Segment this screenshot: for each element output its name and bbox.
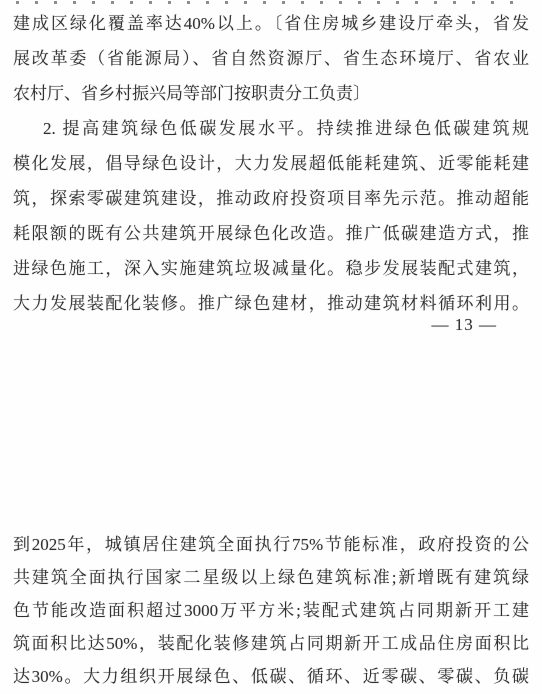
page-13-body: 建成区绿化覆盖率达40%以上。〔省住房城乡建设厅牵头，省发 展改革委（省能源局）… — [13, 6, 529, 321]
text-line: 耗限额的既有公共建筑开展绿色化改造。推广低碳建造方式，推 — [13, 216, 529, 251]
text-line: 建成区绿化覆盖率达40%以上。〔省住房城乡建设厅牵头，省发 — [13, 6, 529, 41]
text-line: 共建筑全面执行国家二星级以上绿色建筑标准;新增既有建筑绿 — [13, 561, 529, 594]
text-line: 进绿色施工，深入实施建筑垃圾减量化。稳步发展装配式建筑， — [13, 251, 529, 286]
text-line: 筑面积比达50%，装配化装修建筑占同期新开工成品住房面积比 — [13, 627, 529, 660]
paragraph-2-heading-line: 2. 提高建筑绿色低碳发展水平。持续推进绿色低碳建筑规 — [13, 111, 529, 146]
text-line: 达30%。大力组织开展绿色、低碳、循环、近零碳、零碳、负碳 — [13, 660, 529, 693]
clipped-text-remnant — [16, 1, 516, 4]
text-line: 模化发展，倡导绿色设计，大力发展超低能耗建筑、近零能耗建 — [13, 146, 529, 181]
bracket-annotation-text: 〔省住房城乡建设厅牵头，省发 — [274, 14, 529, 33]
body-text: 建成区绿化覆盖率达40%以上。 — [13, 14, 274, 33]
text-line: 到2025年，城镇居住建筑全面执行75%节能标准，政府投资的公 — [13, 528, 529, 561]
page-number: — 13 — — [432, 312, 498, 338]
text-line: 筑，探索零碳建筑建设，推动政府投资项目率先示范。推动超能 — [13, 181, 529, 216]
page-14-body: 到2025年，城镇居住建筑全面执行75%节能标准，政府投资的公 共建筑全面执行国… — [13, 528, 529, 693]
bracket-annotation-line: 农村厅、省乡村振兴局等部门按职责分工负责〕 — [13, 76, 529, 111]
text-line: 色节能改造面积超过3000万平方米;装配式建筑占同期新开工建 — [13, 594, 529, 627]
bracket-annotation-line: 展改革委（省能源局）、省自然资源厅、省生态环境厅、省农业 — [13, 41, 529, 76]
scanned-document-page: 建成区绿化覆盖率达40%以上。〔省住房城乡建设厅牵头，省发 展改革委（省能源局）… — [0, 0, 542, 694]
